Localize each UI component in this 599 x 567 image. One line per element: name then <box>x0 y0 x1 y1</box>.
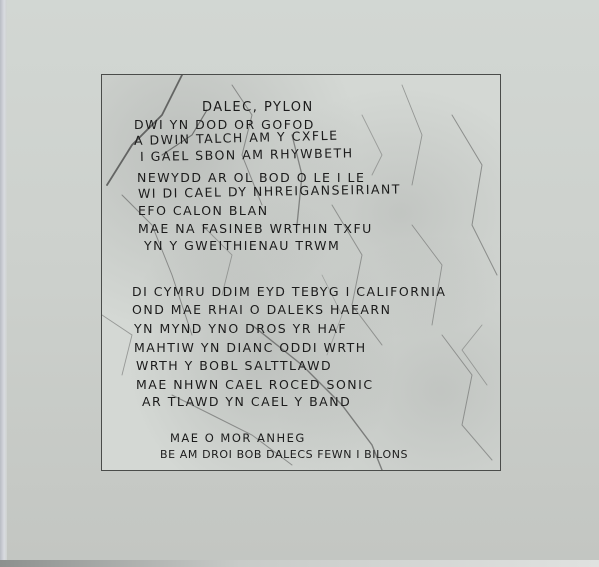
sleeve-left-edge <box>0 0 7 567</box>
lyric-line: MAE NHWN CAEL ROCED SONIC <box>136 378 374 392</box>
lyric-line: YN MYND YNO DROS YR HAF <box>134 322 347 336</box>
lyric-line: WI DI CAEL DY NHREIGANSEIRIANT <box>138 182 401 201</box>
lyric-frame: DALEC, PYLON DWI YN DOD OR GOFOD A DWIN … <box>101 74 501 471</box>
handwritten-lyrics: DALEC, PYLON DWI YN DOD OR GOFOD A DWIN … <box>102 75 500 470</box>
lyric-line: MAHTIW YN DIANC ODDI WRTH <box>134 341 367 355</box>
lyrics-title: DALEC, PYLON <box>202 101 314 115</box>
lyric-line: MAE O MOR ANHEG <box>170 431 306 445</box>
lyric-line: OND MAE RHAI O DALEKS HAEARN <box>132 303 391 317</box>
lyric-line: YN Y GWEITHIENAU TRWM <box>144 239 340 253</box>
sleeve-bottom-edge <box>0 560 599 567</box>
lyric-line: BE AM DROI BOB DALECS FEWN I BILONS <box>160 448 408 462</box>
lyric-line: MAE NA FASINEB WRTHIN TXFU <box>138 222 373 236</box>
lyric-line: EFO CALON BLAN <box>138 204 269 218</box>
lyric-line: AR TLAWD YN CAEL Y BAND <box>142 395 351 409</box>
lyric-line: I GAEL SBON AM RHYWBETH <box>140 146 354 164</box>
lyric-line: WRTH Y BOBL SALTTLAWD <box>136 359 332 373</box>
lyric-line: DI CYMRU DDIM EYD TEBYG I CALIFORNIA <box>132 285 446 299</box>
